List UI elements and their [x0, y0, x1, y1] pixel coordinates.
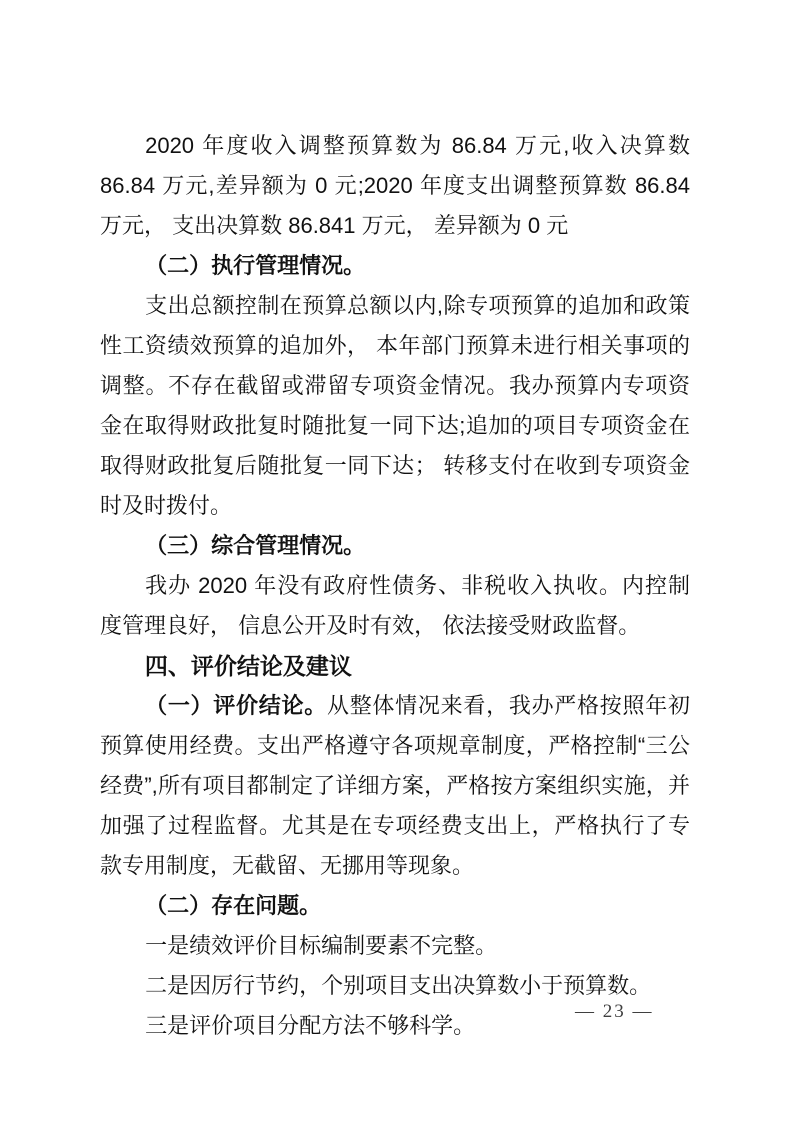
page-number: — 23 — [575, 999, 654, 1025]
heading-conclusions-and-suggestions: 四、评价结论及建议 [100, 646, 690, 686]
heading-existing-problems: （二）存在问题。 [100, 886, 690, 926]
list-item-problem-1: 一是绩效评价目标编制要素不完整。 [100, 926, 690, 966]
paragraph-comprehensive-management: 我办 2020 年没有政府性债务、非税收入执收。内控制度管理良好， 信息公开及时… [100, 566, 690, 646]
document-page: 2020 年度收入调整预算数为 86.84 万元,收入决算数 86.84 万元,… [0, 0, 793, 1122]
paragraph-execution-management: 支出总额控制在预算总额以内,除专项预算的追加和政策性工资绩效预算的追加外， 本年… [100, 286, 690, 526]
heading-comprehensive-management: （三）综合管理情况。 [100, 526, 690, 566]
paragraph-evaluation-conclusion: （一）评价结论。从整体情况来看，我办严格按照年初预算使用经费。支出严格遵守各项规… [100, 686, 690, 886]
document-body: 2020 年度收入调整预算数为 86.84 万元,收入决算数 86.84 万元,… [100, 126, 690, 1046]
text-evaluation-conclusion: 从整体情况来看，我办严格按照年初预算使用经费。支出严格遵守各项规章制度，严格控制… [100, 693, 690, 878]
lead-evaluation-conclusion: （一）评价结论。 [145, 693, 327, 718]
paragraph-budget-figures: 2020 年度收入调整预算数为 86.84 万元,收入决算数 86.84 万元,… [100, 126, 690, 246]
heading-execution-management: （二）执行管理情况。 [100, 246, 690, 286]
